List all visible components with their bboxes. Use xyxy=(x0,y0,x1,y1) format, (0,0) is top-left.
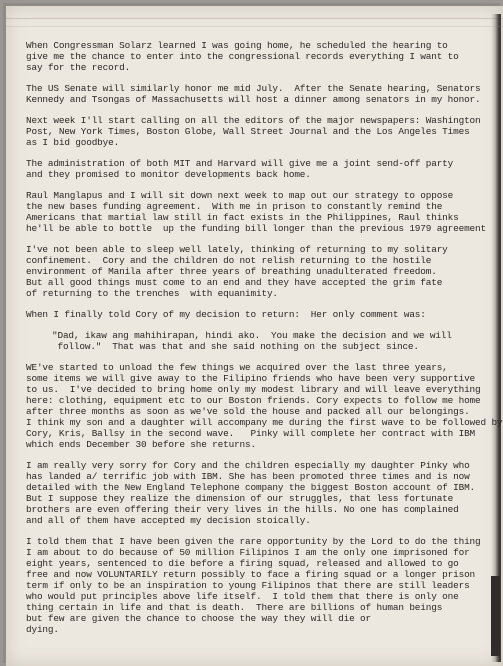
document-frame: When Congressman Solarz learned I was go… xyxy=(0,0,503,666)
text-line: I've not been able to sleep well lately,… xyxy=(26,244,496,255)
text-line: Cory, Kris, Ballsy in the second wave. P… xyxy=(26,428,496,439)
text-line: as I bid goodbye. xyxy=(26,137,496,148)
text-line: say for the record. xyxy=(26,62,496,73)
text-line: When I finally told Cory of my decision … xyxy=(26,309,496,320)
paragraph-p5: Raul Manglapus and I will sit down next … xyxy=(26,190,496,234)
text-line: I am really very sorry for Cory and the … xyxy=(26,460,496,471)
text-line: of returning to the trenches with equani… xyxy=(26,288,496,299)
text-line: some items we will give away to the Fili… xyxy=(26,373,496,384)
text-line: Next week I'll start calling on all the … xyxy=(26,115,496,126)
paragraph-p1: When Congressman Solarz learned I was go… xyxy=(26,40,496,73)
typewritten-page: When Congressman Solarz learned I was go… xyxy=(6,6,503,666)
text-line: But I suppose they realize the dimension… xyxy=(26,493,496,504)
text-line: I am about to do because of 50 million F… xyxy=(26,547,496,558)
text-line: dying. xyxy=(26,624,496,635)
text-line: after three months as soon as we've sold… xyxy=(26,406,496,417)
text-line: confinement. Cory and the children do no… xyxy=(26,255,496,266)
text-line: here: clothing, equipment etc to our Bos… xyxy=(26,395,496,406)
text-line: has landed a/ terrific job with IBM. She… xyxy=(26,471,496,482)
text-line: "Dad, ikaw ang mahihirapan, hindi ako. Y… xyxy=(52,330,496,341)
text-line: But all good things must come to an end … xyxy=(26,277,496,288)
text-line: thing certain in life and that is death.… xyxy=(26,602,496,613)
text-line: The US Senate will similarly honor me mi… xyxy=(26,83,496,94)
text-line: Kennedy and Tsongas of Massachusetts wil… xyxy=(26,94,496,105)
letter-body: When Congressman Solarz learned I was go… xyxy=(26,40,496,645)
text-line: The administration of both MIT and Harva… xyxy=(26,158,496,169)
text-line: to us. I've decided to bring home only m… xyxy=(26,384,496,395)
text-line: Raul Manglapus and I will sit down next … xyxy=(26,190,496,201)
text-line: When Congressman Solarz learned I was go… xyxy=(26,40,496,51)
paragraph-p2: The US Senate will similarly honor me mi… xyxy=(26,83,496,105)
text-line: brothers are even offering their very li… xyxy=(26,504,496,515)
text-line: he'll be able to bottle up the funding b… xyxy=(26,223,496,234)
text-line: follow." That was that and she said noth… xyxy=(52,341,496,352)
text-line: term if only to be an inspiration to you… xyxy=(26,580,496,591)
text-line: WE've started to unload the few things w… xyxy=(26,362,496,373)
text-line: eight years, sentenced to die before a f… xyxy=(26,558,496,569)
text-line: which ends December 30 before she return… xyxy=(26,439,496,450)
text-line: who would put principles above life itse… xyxy=(26,591,496,602)
text-line: the new bases funding agreement. With me… xyxy=(26,201,496,212)
text-line: environment of Manila after three years … xyxy=(26,266,496,277)
text-line: and they promised to monitor development… xyxy=(26,169,496,180)
paragraph-p3: Next week I'll start calling on all the … xyxy=(26,115,496,148)
text-line: I think my son and a daughter will accom… xyxy=(26,417,496,428)
text-line: Americans that martial law still in fact… xyxy=(26,212,496,223)
paragraph-p4: The administration of both MIT and Harva… xyxy=(26,158,496,180)
text-line: but few are given the chance to choose t… xyxy=(26,613,496,624)
paragraph-p9: WE've started to unload the few things w… xyxy=(26,362,496,450)
text-line: I told them that I have been given the r… xyxy=(26,536,496,547)
text-line: free and now VOLUNTARILY return possibly… xyxy=(26,569,496,580)
paragraph-p8: "Dad, ikaw ang mahihirapan, hindi ako. Y… xyxy=(52,330,496,352)
paragraph-p7: When I finally told Cory of my decision … xyxy=(26,309,496,320)
paragraph-p11: I told them that I have been given the r… xyxy=(26,536,496,635)
text-line: and all of them have accepted my decisio… xyxy=(26,515,496,526)
text-line: give me the chance to enter into the con… xyxy=(26,51,496,62)
text-line: Post, New York Times, Boston Globe, Wall… xyxy=(26,126,496,137)
paragraph-p6: I've not been able to sleep well lately,… xyxy=(26,244,496,299)
paragraph-p10: I am really very sorry for Cory and the … xyxy=(26,460,496,526)
text-line: detailed with the New England Telephone … xyxy=(26,482,496,493)
